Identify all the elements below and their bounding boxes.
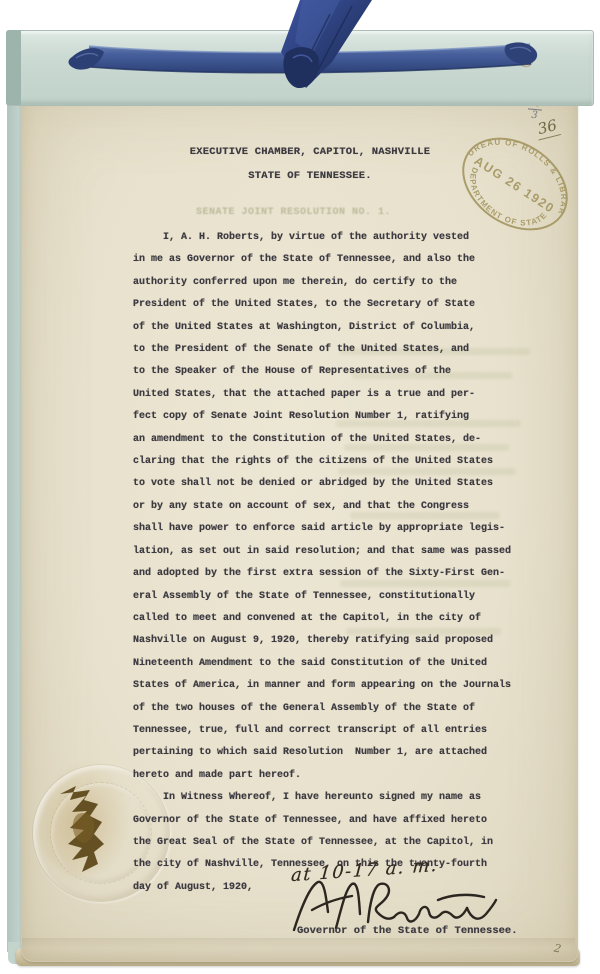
binding-strip-corner: [6, 30, 21, 105]
signature-title: Governor of the State of Tennessee.: [297, 925, 518, 937]
page-bottom-crease: [22, 938, 575, 948]
ink-stain: [44, 784, 114, 884]
bleed-through-title: SENATE JOINT RESOLUTION NO. 1.: [196, 207, 391, 218]
binding-strip: [6, 30, 594, 106]
document-scan: EXECUTIVE CHAMBER, CAPITOL, NASHVILLE ST…: [0, 0, 600, 974]
certificate-body: I, A. H. Roberts, by virtue of the autho…: [133, 227, 511, 899]
letterhead-line1: EXECUTIVE CHAMBER, CAPITOL, NASHVILLE: [120, 140, 500, 164]
